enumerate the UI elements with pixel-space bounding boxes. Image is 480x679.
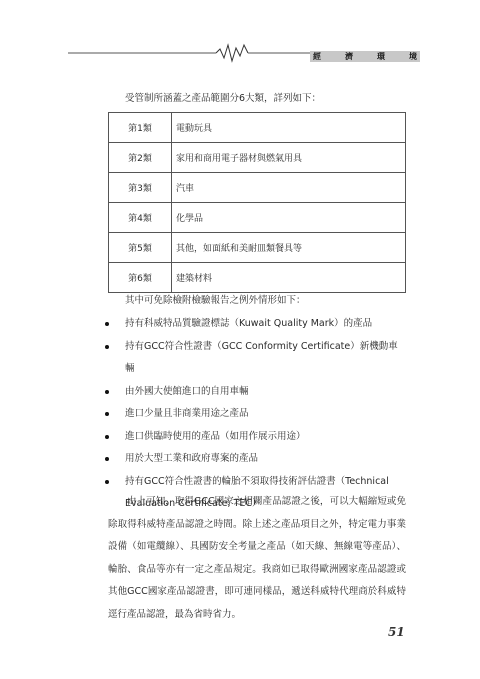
- list-item: 持有GCC符合性證書（GCC Conformity Certificate）新機…: [100, 336, 405, 381]
- list-item: 持有科威特品質驗證標誌（Kuwait Quality Mark）的產品: [100, 313, 405, 336]
- table-row: 第5類 其他，如面紙和美耐皿類餐具等: [109, 233, 406, 263]
- exceptions-list: 持有科威特品質驗證標誌（Kuwait Quality Mark）的產品 持有GC…: [100, 313, 405, 516]
- category-cell: 第3類: [109, 173, 172, 203]
- intro-text: 受管制所涵蓋之產品範圍分6大類，詳列如下：: [125, 92, 321, 106]
- bullet-icon: [105, 345, 109, 349]
- bullet-icon: [105, 457, 109, 461]
- table-row: 第4類 化學品: [109, 203, 406, 233]
- exceptions-intro: 其中可免除檢附檢驗報告之例外情形如下：: [125, 294, 306, 308]
- bullet-icon: [105, 412, 109, 416]
- description-cell: 電動玩具: [172, 113, 406, 143]
- categories-table: 第1類 電動玩具 第2類 家用和商用電子器材與燃氣用具 第3類 汽車 第4類 化…: [108, 112, 406, 293]
- category-cell: 第5類: [109, 233, 172, 263]
- section-tag: 經 濟 環 境: [310, 51, 420, 62]
- category-cell: 第1類: [109, 113, 172, 143]
- table-row: 第6類 建築材料: [109, 263, 406, 293]
- description-cell: 家用和商用電子器材與燃氣用具: [172, 143, 406, 173]
- category-cell: 第4類: [109, 203, 172, 233]
- list-item: 進口少量且非商業用途之產品: [100, 403, 405, 426]
- bullet-icon: [105, 322, 109, 326]
- list-item: 用於大型工業和政府專案的產品: [100, 448, 405, 471]
- description-cell: 建築材料: [172, 263, 406, 293]
- list-item: 由外國大使館進口的自用車輛: [100, 381, 405, 404]
- section-char: 經: [313, 51, 321, 62]
- conclusion-paragraph: 由上可知，取得GCC國家之相關產品認證之後，可以大幅縮短或免除取得科威特產品認證…: [108, 491, 406, 626]
- category-cell: 第2類: [109, 143, 172, 173]
- section-char: 濟: [345, 51, 353, 62]
- page-number: 51: [388, 625, 405, 639]
- section-char: 環: [377, 51, 385, 62]
- table-row: 第3類 汽車: [109, 173, 406, 203]
- bullet-icon: [105, 435, 109, 439]
- running-header: 經 濟 環 境: [68, 40, 418, 70]
- table-row: 第1類 電動玩具: [109, 113, 406, 143]
- description-cell: 汽車: [172, 173, 406, 203]
- bullet-icon: [105, 390, 109, 394]
- bullet-icon: [105, 480, 109, 484]
- description-cell: 化學品: [172, 203, 406, 233]
- section-char: 境: [409, 51, 417, 62]
- table-row: 第2類 家用和商用電子器材與燃氣用具: [109, 143, 406, 173]
- list-item: 進口供臨時使用的產品（如用作展示用途）: [100, 426, 405, 449]
- description-cell: 其他，如面紙和美耐皿類餐具等: [172, 233, 406, 263]
- category-cell: 第6類: [109, 263, 172, 293]
